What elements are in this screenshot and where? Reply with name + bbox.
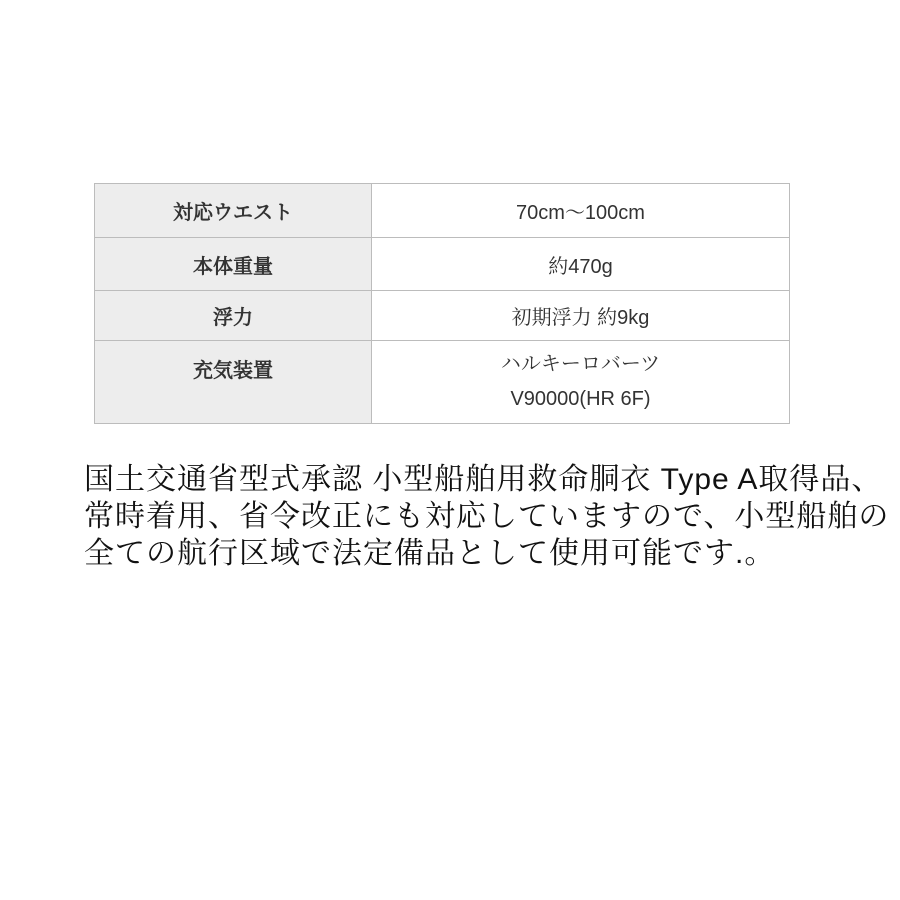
spec-label-buoyancy: 浮力 [95, 291, 372, 341]
description-line-2: 常時着用、省令改正にも対応していますので、小型船舶の [84, 498, 889, 535]
spec-value-waist: 70cm〜100cm [372, 184, 790, 238]
spec-value-inflator-line2: V90000(HR 6F) [372, 382, 789, 417]
spec-label-weight: 本体重量 [95, 238, 372, 291]
table-row: 本体重量 約470g [95, 238, 790, 291]
spec-value-inflator: ハルキーロバーツ V90000(HR 6F) [372, 341, 790, 424]
spec-value-weight: 約470g [372, 238, 790, 291]
product-description: 国土交通省型式承認 小型船舶用救命胴衣 Type A取得品、 常時着用、省令改正… [84, 461, 889, 572]
spec-value-buoyancy: 初期浮力 約9kg [372, 291, 790, 341]
table-row: 対応ウエスト 70cm〜100cm [95, 184, 790, 238]
description-line-1: 国土交通省型式承認 小型船舶用救命胴衣 Type A取得品、 [84, 461, 889, 498]
spec-table-body: 対応ウエスト 70cm〜100cm 本体重量 約470g 浮力 初期浮力 約9k… [95, 184, 790, 424]
table-row: 充気装置 ハルキーロバーツ V90000(HR 6F) [95, 341, 790, 424]
spec-label-inflator: 充気装置 [95, 341, 372, 424]
spec-label-waist: 対応ウエスト [95, 184, 372, 238]
table-row: 浮力 初期浮力 約9kg [95, 291, 790, 341]
spec-value-inflator-line1: ハルキーロバーツ [372, 347, 789, 382]
spec-table: 対応ウエスト 70cm〜100cm 本体重量 約470g 浮力 初期浮力 約9k… [94, 183, 790, 424]
description-line-3: 全ての航行区域で法定備品として使用可能です.。 [84, 535, 889, 572]
